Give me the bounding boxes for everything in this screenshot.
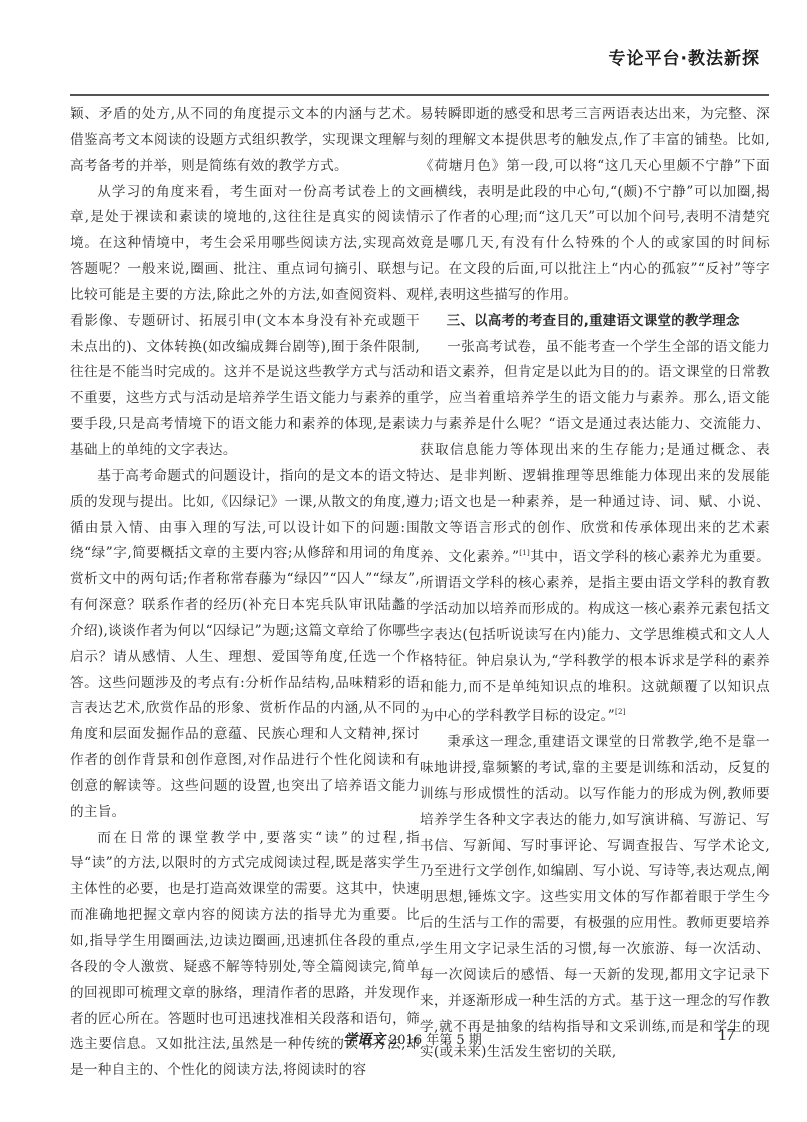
citation-ref: [1] <box>519 549 530 557</box>
page-number: 17 <box>718 1025 735 1045</box>
right-column: 易转瞬即逝的感受和思考三言两语表达出来，为完整、深刻的理解文本提供思考的触发点,… <box>420 102 770 1066</box>
paragraph: 基于高考命题式的问题设计，指向的是文本的语文特质的发现与提出。比如,《囚绿记》一… <box>70 464 420 826</box>
paragraph: 颖、矛盾的处方,从不同的角度提示文本的内涵与艺术。借鉴高考文本阅读的设题方式组织… <box>70 102 420 180</box>
journal-info: 学语文2016 年第 5 期 <box>343 1029 482 1049</box>
citation-ref: [2] <box>615 708 626 716</box>
issue-label: 2016 年第 5 期 <box>389 1033 482 1048</box>
journal-name: 学语文 <box>343 1032 385 1048</box>
left-column: 颖、矛盾的处方,从不同的角度提示文本的内涵与艺术。借鉴高考文本阅读的设题方式组织… <box>70 102 420 1084</box>
paragraph: 一张高考试卷，虽不能考查一个学生全部的语文能力和语文素养，但肯定是以此为目的的。… <box>420 335 770 731</box>
paragraph-text: 其中，语文学科的核心素养尤为重要。所谓语文学科的核心素养，是指主要由语文学科的教… <box>420 549 770 724</box>
paragraph: 从学习的角度来看，考生面对一份高考试卷上的文章,是处于裸读和素读的境地的,这往往… <box>70 180 420 464</box>
paragraph: 易转瞬即逝的感受和思考三言两语表达出来，为完整、深刻的理解文本提供思考的触发点,… <box>420 102 770 309</box>
section-heading: 三、以高考的考查目的,重建语文课堂的教学理念 <box>420 309 770 335</box>
section-title: 专论平台·教法新探 <box>609 44 760 69</box>
paragraph: 秉承这一理念,重建语文课堂的日常教学,绝不是靠一味地讲授,靠频繁的考试,靠的主要… <box>420 730 770 1066</box>
paragraph-text: 一张高考试卷，虽不能考查一个学生全部的语文能力和语文素养，但肯定是以此为目的的。… <box>420 339 770 566</box>
header-divider <box>70 94 769 96</box>
